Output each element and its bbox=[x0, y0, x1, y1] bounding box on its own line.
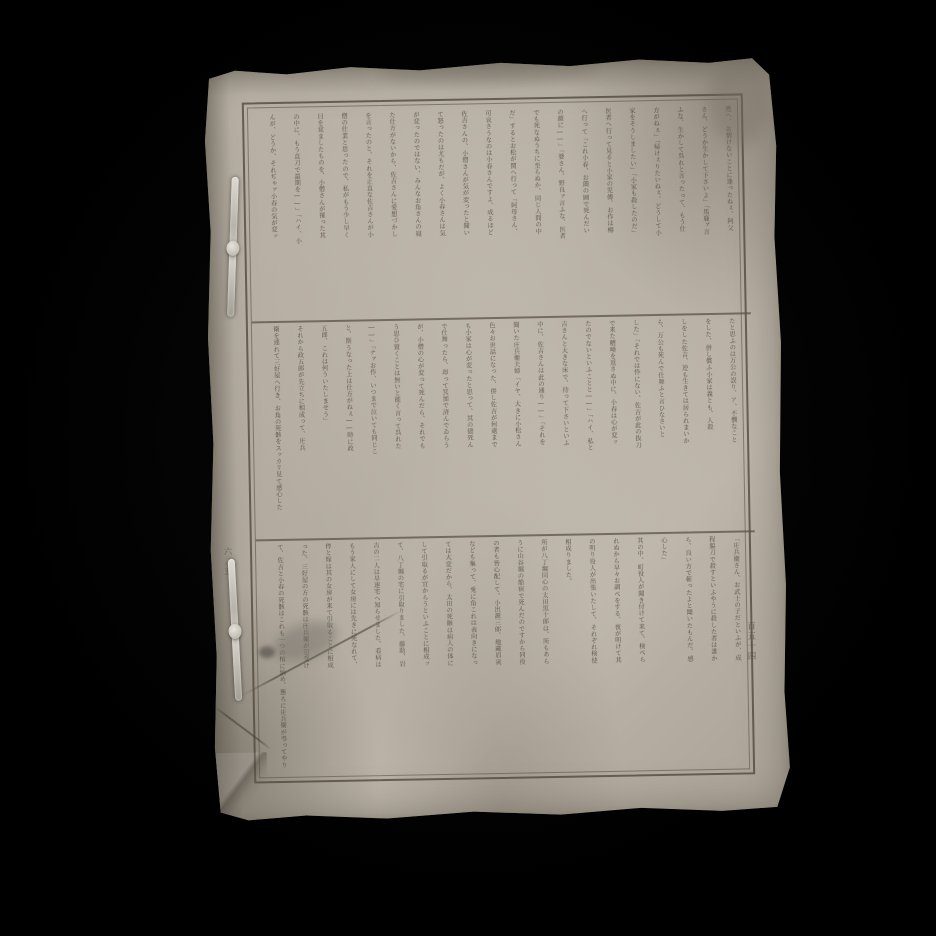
text-column: 吉の二人は早速宅へ知らせました、看病は bbox=[363, 542, 391, 772]
page-border-frame: 甦へ、お情けないことに逢ったねぇ、阿父さん、どうか生かして下さいよ」「馬鹿ァ言ふ… bbox=[242, 93, 755, 783]
text-column: う思ひ置くことは無いと能く言って呉れた bbox=[383, 324, 411, 534]
text-column: 衛を連れて三好屋へ行き、お角の死骸をスッカリ見て感心した bbox=[263, 326, 291, 536]
text-column: を言ったのと、それを正直な佐吉さんが小 bbox=[355, 112, 383, 316]
text-column: して引取るが宜からうといふことに相成ッ bbox=[411, 541, 439, 771]
binding-string bbox=[228, 559, 243, 701]
text-column: た仕方がないから、佐吉さんに愛想づかし bbox=[379, 112, 407, 316]
text-column: れぬから早々お調べをする、夜が明けて其 bbox=[603, 538, 631, 768]
text-column: 五郎、これは何ういたしませう」 bbox=[311, 325, 339, 535]
text-column: 家をそうしましたい」「小家も殺したのだ」 bbox=[619, 107, 647, 311]
text-column: ては大変だから、太田の死骸は病人の体に bbox=[435, 541, 463, 771]
text-column: した」「それでは忰にない、佐吉が此の抜刀 bbox=[623, 319, 651, 529]
text-column: 目を覚ましたものを、小僧さんが罹った其 bbox=[307, 113, 335, 317]
text-column: もう家人にして女房には先きに死なれて、 bbox=[339, 542, 367, 772]
text-column: 色々お世話になった、併し佐吉が何處まで bbox=[479, 322, 507, 532]
photo-background: 甦へ、お情けないことに逢ったねぇ、阿父さん、どうか生かして下さいよ」「馬鹿ァ言ふ… bbox=[0, 0, 936, 936]
text-column: だ」するとお松が関へ行って「阿母さん、 bbox=[499, 109, 527, 313]
text-section-top: 甦へ、お情けないことに逢ったねぇ、阿父さん、どうか生かして下さいよ」「馬鹿ァ言ふ… bbox=[256, 105, 743, 318]
text-column: の者も皆心配して、小出源三郎、地蔵眉寅 bbox=[483, 540, 511, 770]
binding-knot bbox=[226, 241, 240, 256]
text-column: 僧の仕業と思ったので、私がもう少し早く bbox=[331, 113, 359, 317]
text-column: て怒ったのは尤もだが、よく小春さんは気 bbox=[427, 111, 455, 315]
page-number-label: 百五十四 bbox=[744, 621, 757, 661]
text-column: 医者へ行って見ると小家の児傅、お作は樽 bbox=[595, 108, 623, 312]
text-section-bottom: 「庄兵衛さん、お武士の子だといふが、成程脇刀で殺すといふやうに殺した者は誰から、… bbox=[264, 535, 751, 774]
binding-knot bbox=[228, 624, 242, 640]
text-column: と、斯うなった上は仕方がねぇ――時に政 bbox=[335, 324, 363, 534]
text-column: 程脇刀で殺すといふやうに殺した者は誰か bbox=[699, 536, 727, 766]
text-column: 中に、佐吉さんは此の通り――」「それを bbox=[527, 321, 555, 531]
text-column: の中に、もう直刀で最期を――」「ハイ、小 bbox=[283, 113, 311, 317]
page-content: 甦へ、お情けないことに逢ったねぇ、阿父さん、どうか生かして下さいよ」「馬鹿ァ言ふ… bbox=[256, 105, 751, 772]
text-column: それから政五郎が先立ちに相成って、庄兵 bbox=[287, 325, 315, 535]
stain-mark bbox=[708, 59, 772, 146]
text-column: んが、どうか、それぢゃァ小春の気が変ッ bbox=[259, 114, 287, 318]
text-column: の明り役人が出張いたして、それぞれ検使 bbox=[579, 538, 607, 768]
text-column: も小家は心が変ったと思って、其の儘死ん bbox=[455, 322, 483, 532]
text-column: たのでないといふことと――」「ハイ、私と bbox=[575, 320, 603, 530]
text-column: 倅と嫁は其の女房が来て引取ることに相成 bbox=[315, 543, 343, 773]
text-column: をした、併し償ふ小家は義とも、人殺 bbox=[695, 318, 723, 528]
text-section-middle: たと思ふのは万公の誤り、ア、不憫なことをした、併し償ふ小家は義とも、人殺しをした… bbox=[260, 317, 747, 536]
text-column: でも死なぬうちに至らぬか、同じ人間の中 bbox=[523, 109, 551, 313]
text-column: ふな、生かして呉れと言ったって、もう仕 bbox=[667, 106, 695, 310]
text-column: 佐吉さんの、小僧さんが気が変ったと聞い bbox=[451, 110, 479, 314]
text-column: へ行って「これ小春、お薗の圃で死んだい bbox=[571, 108, 599, 312]
text-column: 聞いた庄兵衛夫婦「イヤ、大きに小松さん bbox=[503, 321, 531, 531]
corner-fold bbox=[211, 752, 268, 819]
text-column: たと思ふのは万公の誤り、ア、不憫なこと bbox=[719, 317, 747, 527]
text-column: の顔に――」「婆さん、野良ァ言ふな、医者 bbox=[547, 109, 575, 313]
text-column: 吉さんと大きな床で、待って下さいといふ bbox=[551, 321, 579, 531]
text-column: ――」「ナァお作、いつまで泣いても同じこ bbox=[359, 324, 387, 534]
text-column: しをした佐吉、迚も生きては居られまいか bbox=[671, 318, 699, 528]
text-column: 方がねぇ」「帰けぇりたいねぇ、どうして小 bbox=[643, 107, 671, 311]
text-column: が、小僧の心が変って死んだら、それでも bbox=[407, 323, 435, 533]
text-column: 可哀さうなのは小春さんですよ、成るほど bbox=[475, 110, 503, 314]
text-column: ら、良い方で斬ったよと聞いたもんだ、感 bbox=[675, 536, 703, 766]
text-column: 其の中、町役人が聞き付けて来て、検べら bbox=[627, 537, 655, 767]
text-column: て、八丁堀の宅に引取りました、藤助、岩 bbox=[387, 542, 415, 772]
text-column: が変ったのではない、みんなお角さんの寝 bbox=[403, 111, 431, 315]
text-column: うに山谷堀の船宿で死んだのですから同役 bbox=[507, 539, 535, 769]
text-column: で来た糟唖を返さぬ中に、小春は心が変ッ bbox=[599, 320, 627, 530]
text-column: さん、どうか生かして下さいよ」「馬鹿ァ言 bbox=[691, 106, 719, 310]
document-page: 甦へ、お情けないことに逢ったねぇ、阿父さん、どうか生かして下さいよ」「馬鹿ァ言ふ… bbox=[200, 55, 792, 823]
text-column: 所が八丁堀同心の太田黒十郎は、所もあら bbox=[531, 539, 559, 769]
text-column: なども集って、兎に角これは表向きになっ bbox=[459, 540, 487, 770]
text-column: 相成りました。 bbox=[555, 538, 583, 768]
text-column: で仕舞ったら、却って冥加で済んでゐらう bbox=[431, 323, 459, 533]
text-column: ら、万公も死んで仕舞ふと言ひなさいと bbox=[647, 319, 675, 529]
stain-mark bbox=[380, 54, 600, 84]
binding-string bbox=[227, 177, 239, 317]
